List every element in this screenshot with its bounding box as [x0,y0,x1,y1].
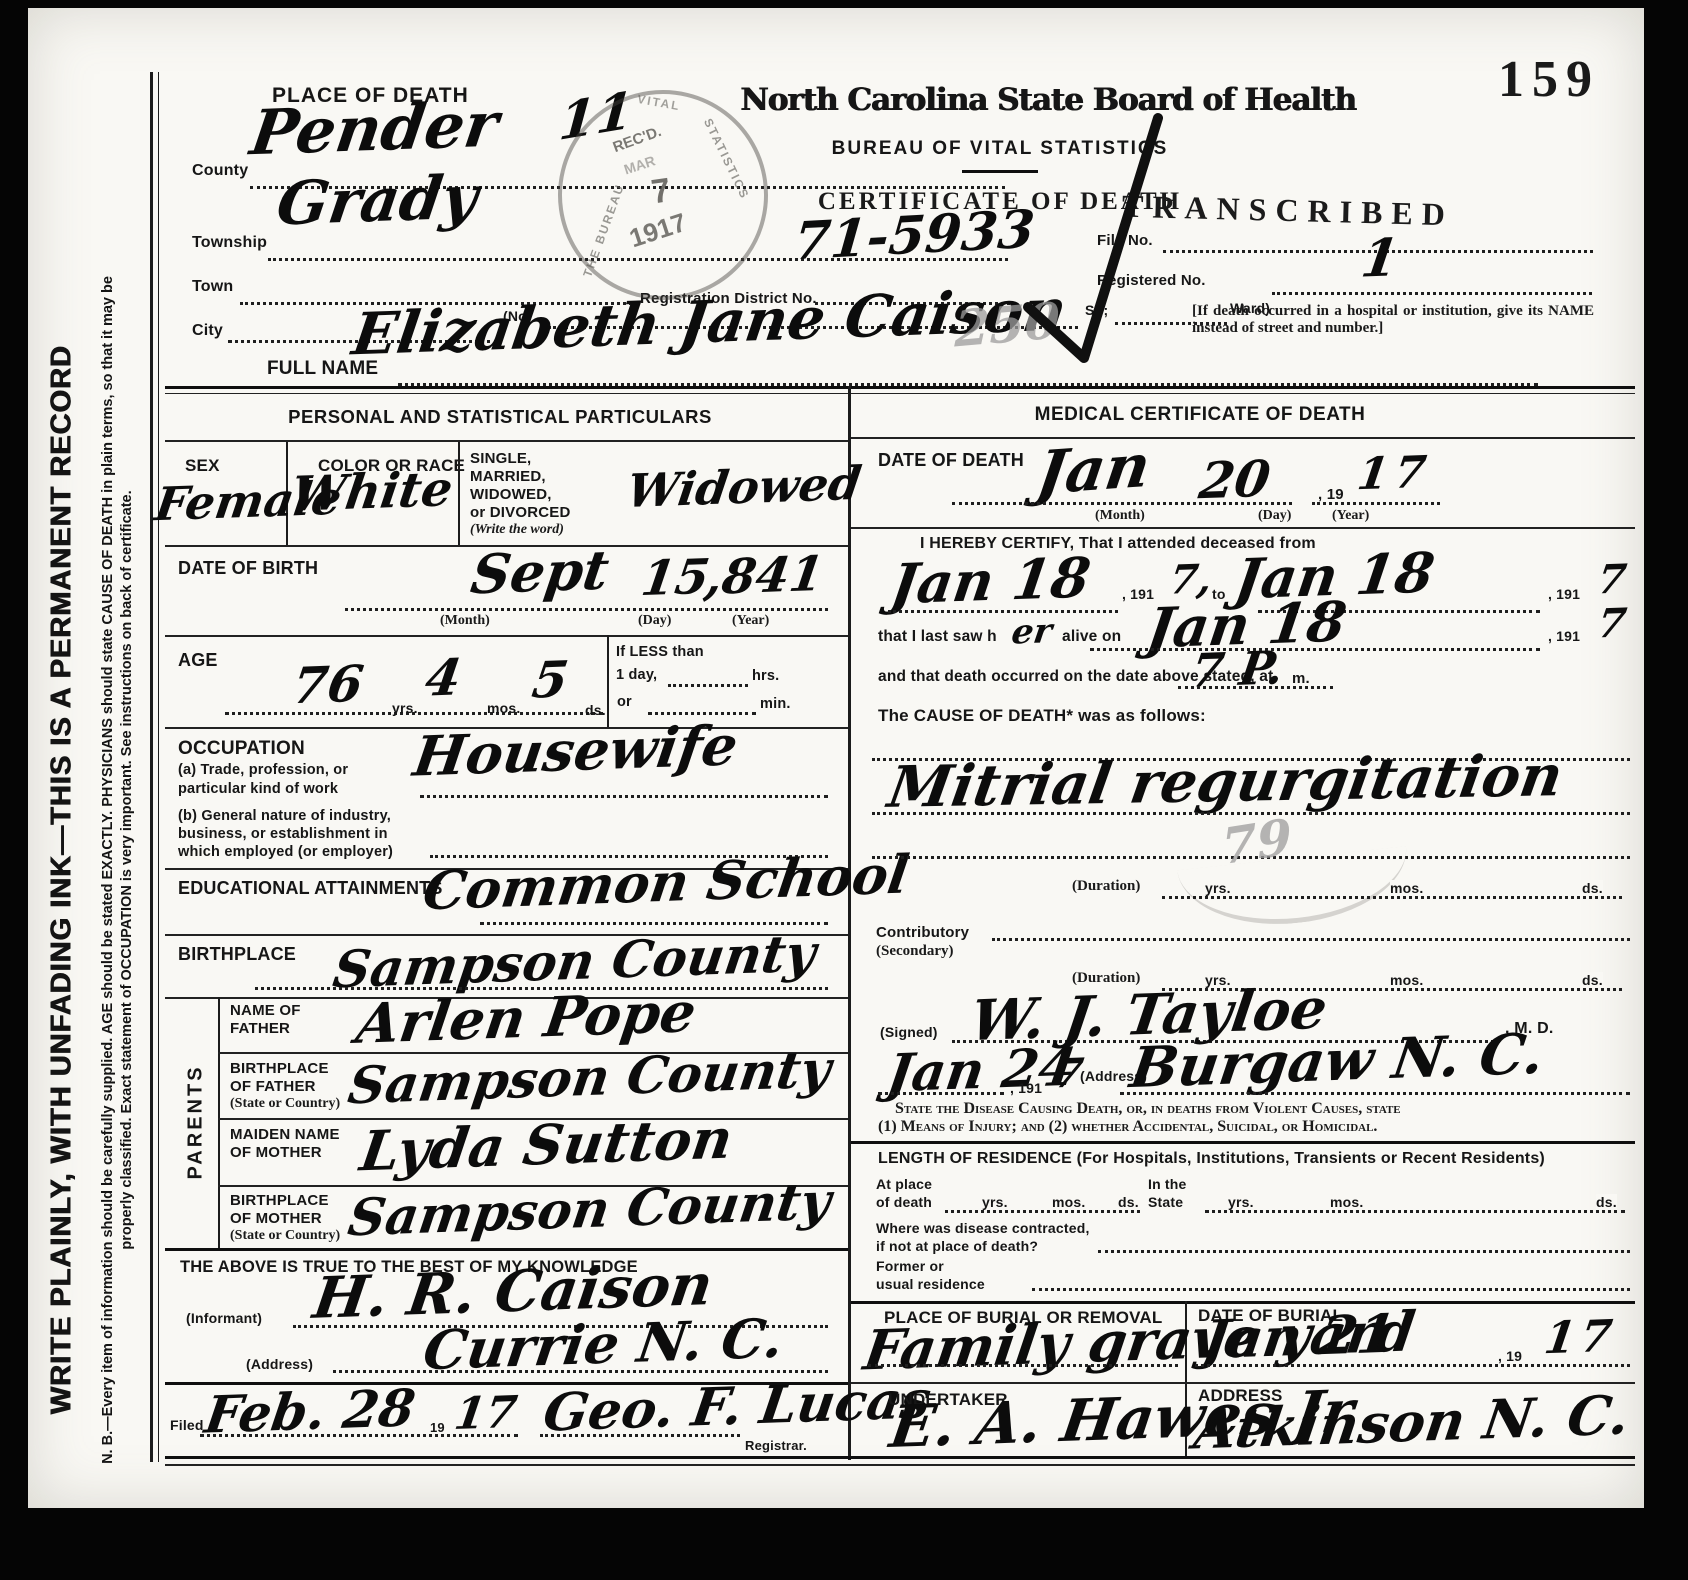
dotted-line [1098,1250,1630,1253]
death-year-label: (Year) [1332,508,1369,524]
city-label: City [192,322,223,340]
informant-label: (Informant) [186,1310,262,1326]
dotted-line [952,502,1292,505]
hrs-label: hrs. [752,668,779,684]
yrs-label: yrs. [392,700,418,716]
rule [165,386,1635,389]
mother-name-label-2: OF MOTHER [230,1144,322,1161]
attended-from-value: Jan 18 [887,545,1095,617]
death-day-value: 20 [1196,449,1274,510]
township-value: Grady [273,163,483,240]
stamp-day: 7 [649,171,673,212]
occupation-b-label-1: (b) General nature of industry, [178,808,391,824]
month-label: (Month) [440,613,490,629]
occupation-label: OCCUPATION [178,738,305,760]
burial-year-value: 17 [1541,1311,1620,1364]
occupation-b-label-2: business, or establishment in [178,826,388,842]
year-label: (Year) [732,613,769,629]
mos-label: mos. [487,700,520,716]
death-year-printed: , 19 [1318,486,1344,503]
board-title: North Carolina State Board of Health [740,82,1260,118]
violent-note-line1: State the Disease Causing Death, or, in … [895,1100,1401,1118]
in-the-label-1: In the [1148,1176,1187,1192]
mother-name-label-1: MAIDEN NAME [230,1126,340,1143]
day-label: (Day) [638,613,671,629]
father-birthplace-label-1: BIRTHPLACE [230,1060,329,1077]
min-label: min. [760,696,791,712]
marital-hint: (Write the word) [470,522,564,538]
education-label: EDUCATIONAL ATTAINMENTS [178,878,443,899]
mother-name-value: Lyda Sutton [356,1106,736,1184]
color-race-value: White [288,461,457,523]
rule [851,1301,1635,1304]
former-residence-label-2: usual residence [876,1276,985,1292]
contributory-label: Contributory [876,924,969,941]
state-mos-label: mos. [1330,1194,1363,1210]
or-label: or [617,694,632,710]
dotted-line [540,1434,740,1437]
dotted-line [1178,686,1333,689]
former-residence-label-1: Former or [876,1258,944,1274]
rule [851,1141,1635,1144]
dotted-line [668,684,748,687]
rule [458,442,460,545]
signed-year-printed: , 191 [1010,1080,1042,1096]
father-birthplace-label-2: OF FATHER [230,1078,316,1095]
birth-month-value: Sept [467,538,613,607]
margin-nb-line2: properly classified. Exact statement of … [118,276,137,1464]
age-years-value: 76 [289,654,367,715]
dotted-line [868,1364,1178,1367]
rule [158,72,159,1462]
dotted-line [878,1092,1004,1095]
dotted-line [1032,1288,1630,1291]
rule [851,437,1635,439]
attended-from-year-printed: , 191 [1122,586,1154,602]
birthplace-label: BIRTHPLACE [178,944,296,965]
cause-of-death-value: Mitrial regurgitation [884,742,1568,821]
last-saw-post-label: alive on [1062,628,1121,646]
state-ds-label: ds. [1596,1194,1617,1210]
duration-mos-label: mos. [1390,880,1423,896]
death-time-value: 7 P. [1188,640,1287,697]
last-saw-year-printed: , 191 [1548,628,1580,644]
dotted-line [1162,896,1622,899]
secondary-label: (Secondary) [876,943,954,960]
in-the-label-2: State [1148,1194,1183,1210]
state-yrs-label: yrs. [1228,1194,1254,1210]
father-name-value: Arlen Pope [352,979,700,1056]
informant-address-label: (Address) [246,1356,313,1372]
rule [607,635,609,727]
registrar-label: Registrar. [745,1438,807,1453]
violent-note-line2: (1) Means of Injury; and (2) whether Acc… [878,1118,1377,1136]
rule [165,1248,848,1251]
last-saw-pre-label: that I last saw h [878,628,997,646]
at-place-label-1: At place [876,1176,932,1192]
duration-label: (Duration) [1072,878,1140,895]
death-month-value: Jan [1032,431,1154,509]
residence-ds-label: ds. [1118,1194,1139,1210]
stamp-year: 1917 [626,207,691,254]
stamp-arc-top: VITAL [636,92,682,113]
state-or-country-label: (State or Country) [230,1096,340,1112]
dotted-line [1120,1092,1630,1095]
death-certificate-scan: WRITE PLAINLY, WITH UNFADING INK—THIS IS… [0,0,1688,1580]
death-month-label: (Month) [1095,508,1145,524]
occupation-b-label-3: which employed (or employer) [178,844,393,860]
age-label: AGE [178,650,218,671]
sex-label: SEX [185,456,220,476]
county-label: County [192,162,248,180]
date-of-birth-label: DATE OF BIRTH [178,558,318,579]
residence-title: LENGTH OF RESIDENCE (For Hospitals, Inst… [878,1150,1545,1168]
father-name-label-2: FATHER [230,1020,290,1037]
dotted-line [333,1370,828,1373]
if-less-label-1: If LESS than [616,644,704,660]
hospital-note: [If death occurred in a hospital or inst… [1192,303,1594,337]
ds-label: ds. [585,702,606,718]
dotted-line [888,610,1118,613]
dotted-line [945,1210,1140,1213]
marital-label-3: WIDOWED, [470,486,552,503]
occupation-value: Housewife [410,712,742,788]
bureau-subtitle: BUREAU OF VITAL STATISTICS [740,138,1260,160]
duration2-ds-label: ds. [1582,972,1603,988]
if-less-label-2: 1 day, [616,667,657,683]
filed-year-value: 17 [451,1387,520,1440]
stamp-recd: REC'D. [611,123,664,156]
where-contracted-label-2: if not at place of death? [876,1238,1038,1254]
township-label: Township [192,234,267,252]
filed-year-printed: 19 [430,1420,445,1435]
rule [218,997,220,1248]
death-year-value: 17 [1354,447,1435,501]
rule [165,635,848,637]
cause-of-death-label: The CAUSE OF DEATH* was as follows: [878,706,1206,726]
rule [165,440,848,442]
where-contracted-label-1: Where was disease contracted, [876,1220,1090,1236]
medical-section-title: MEDICAL CERTIFICATE OF DEATH [940,404,1460,426]
county-value: Pender [246,88,503,170]
occupation-a-label-2: particular kind of work [178,781,338,797]
rule [165,393,1635,394]
rule [165,1464,1635,1466]
date-of-death-label: DATE OF DEATH [878,450,1024,471]
marital-label-4: or DIVORCED [470,504,571,521]
filed-label: Filed [170,1417,204,1433]
dotted-line [420,795,828,798]
state-or-country-label-2: (State or Country) [230,1228,340,1244]
residence-yrs-label: yrs. [982,1194,1008,1210]
duration2-mos-label: mos. [1390,972,1423,988]
residence-mos-label: mos. [1052,1194,1085,1210]
dotted-line [200,1434,518,1437]
death-day-label: (Day) [1258,508,1291,524]
margin-nb-line1: N. B.—Every item of information should b… [99,276,118,1464]
dotted-line [1090,648,1540,651]
at-place-label-2: of death [876,1194,932,1210]
dotted-line [1312,502,1440,505]
signed-label: (Signed) [880,1024,938,1040]
duration-ds-label: ds. [1582,880,1603,896]
rule [165,1456,1635,1459]
mother-birthplace-label-1: BIRTHPLACE [230,1192,329,1209]
marital-value: Widowed [624,456,865,518]
dotted-line [1195,1364,1630,1367]
margin-warning-text: WRITE PLAINLY, WITH UNFADING INK—THIS IS… [46,345,79,1414]
town-label: Town [192,278,233,296]
rule [848,386,851,1460]
dotted-line [345,608,828,611]
check-mark [1018,112,1168,367]
attended-to-year-printed: , 191 [1548,586,1580,602]
dotted-line [1205,1210,1625,1213]
burial-date-value: Jan 21 [1199,1303,1399,1372]
pronoun-value: er [1009,611,1054,652]
stamp-arc-right: STATISTICS [701,116,752,201]
page-number: 159 [1498,50,1600,109]
occupation-a-label-1: (a) Trade, profession, or [178,762,348,778]
birth-year-value: ,841 [702,546,827,606]
burial-year-printed: , 19 [1498,1348,1522,1364]
stamp-arc-bottom: THE BUREAU [580,182,627,280]
dotted-line [992,938,1630,941]
rule [150,72,153,1462]
mother-birthplace-label-2: OF MOTHER [230,1210,322,1227]
personal-section-title: PERSONAL AND STATISTICAL PARTICULARS [240,406,760,428]
rule [851,527,1635,529]
time-m-label: m. [1292,670,1310,687]
dotted-line [1272,292,1592,295]
marital-label-1: SINGLE, [470,450,531,467]
father-name-label-1: NAME OF [230,1002,301,1019]
parents-label: PARENTS [185,1064,208,1179]
marital-label-2: MARRIED, [470,468,546,485]
duration-yrs-label: yrs. [1205,880,1231,896]
